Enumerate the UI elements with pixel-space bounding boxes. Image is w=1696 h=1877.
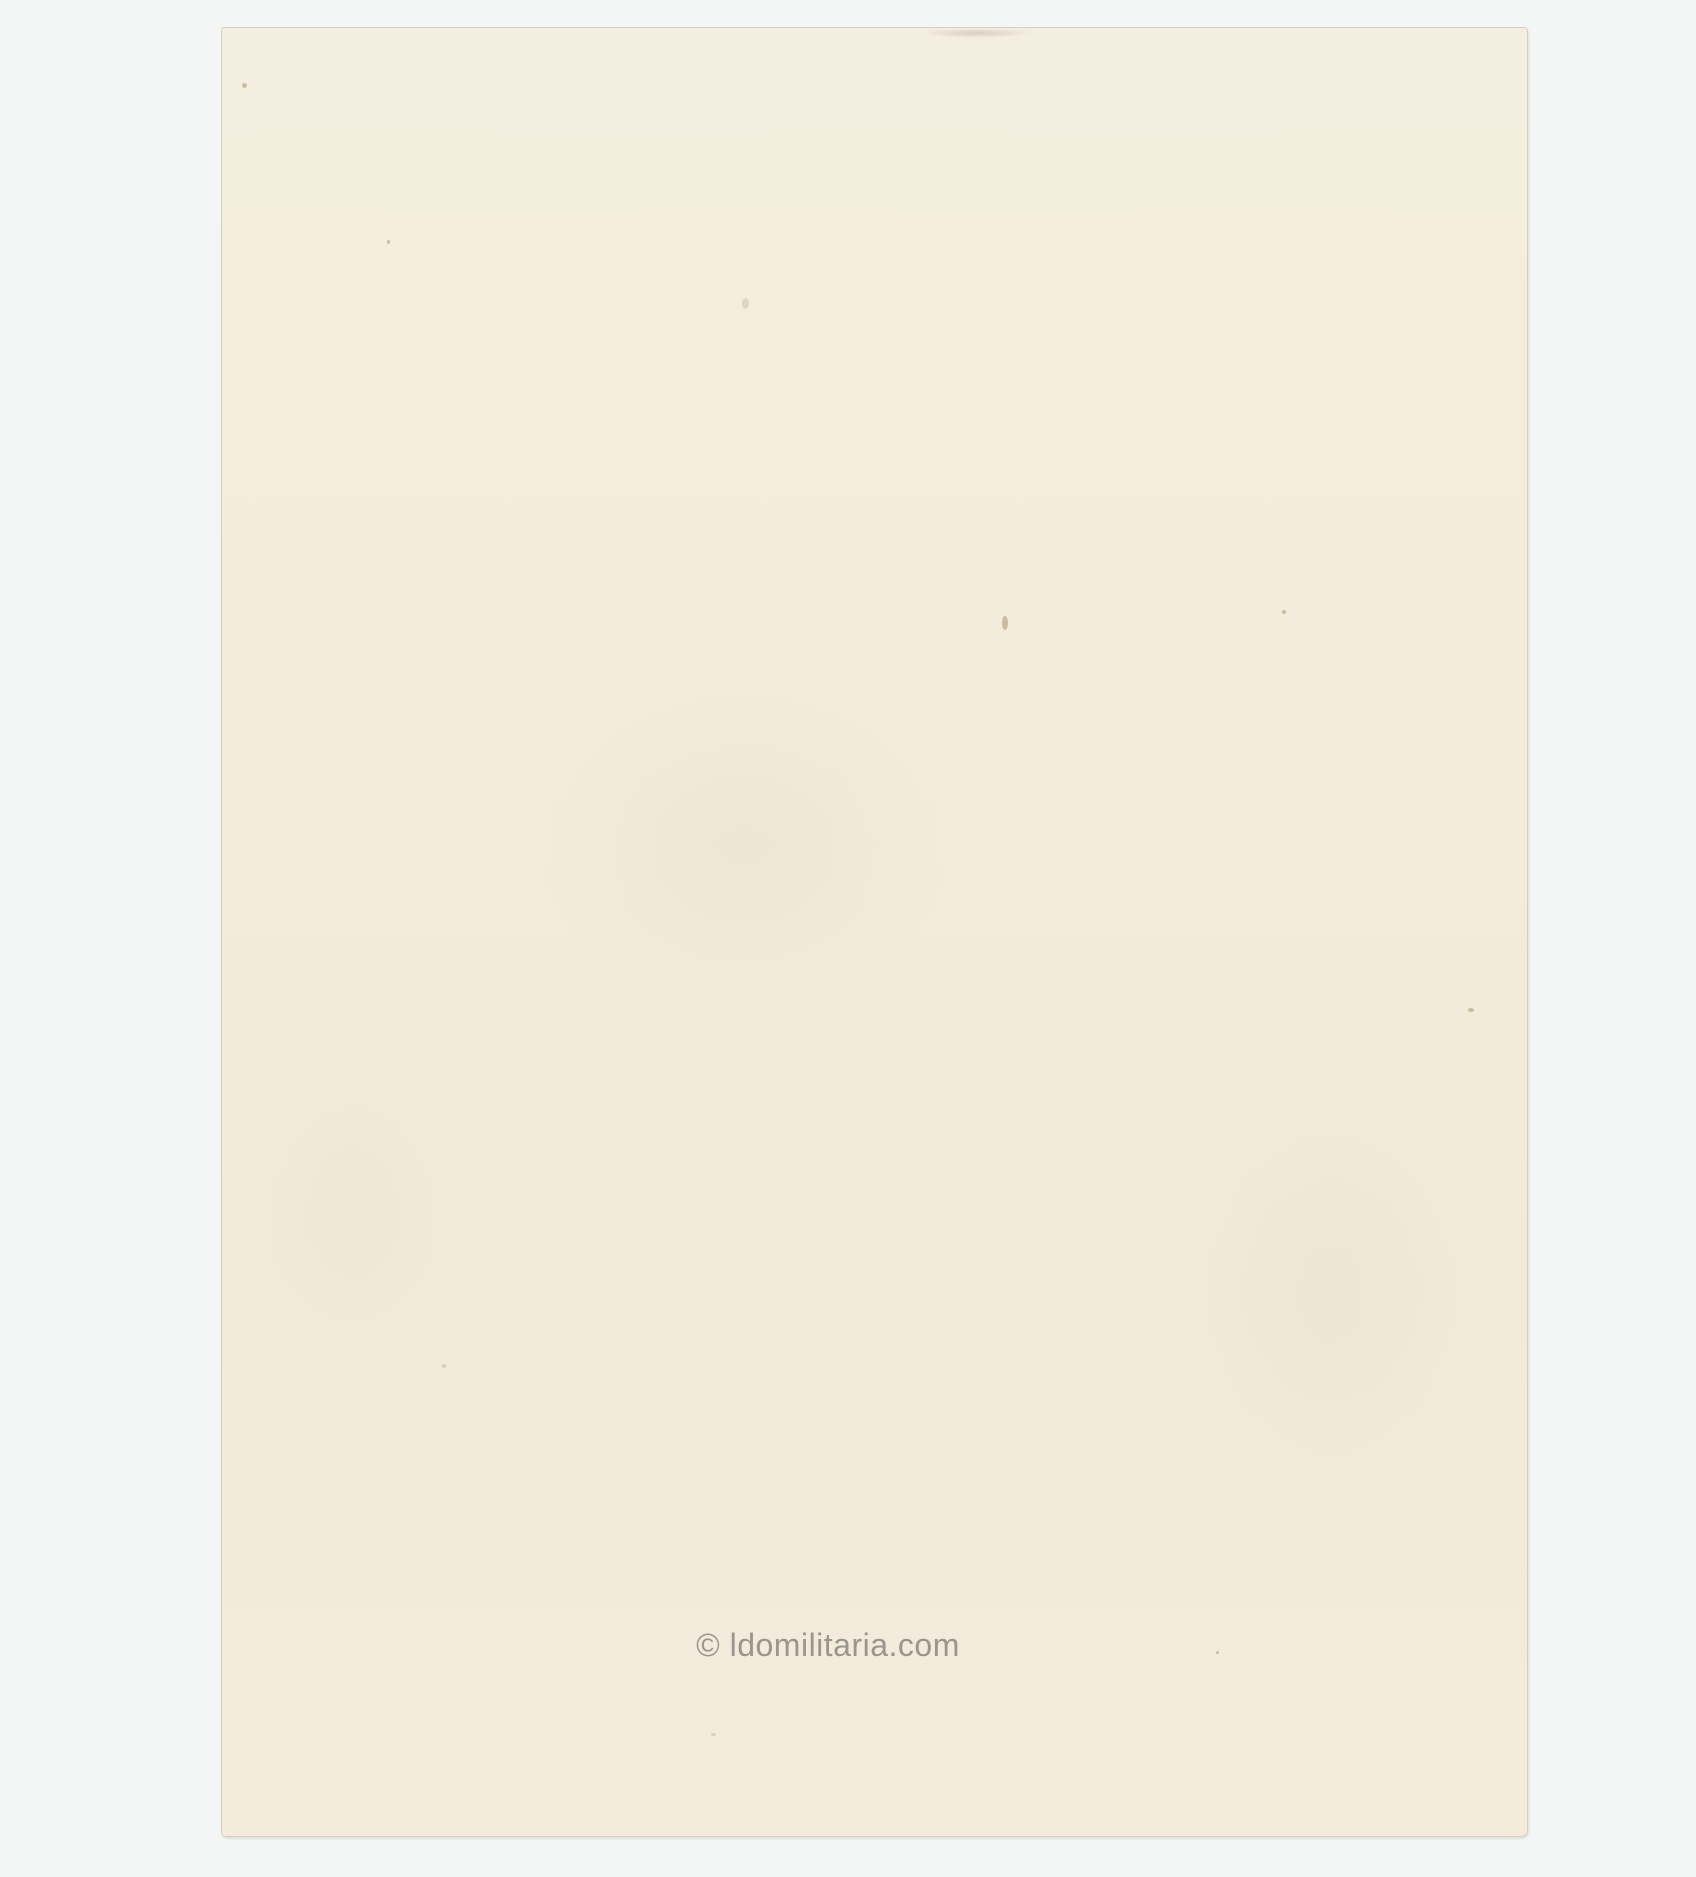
paper-speck	[1468, 1008, 1474, 1012]
paper-speck	[242, 83, 247, 88]
paper-crease	[922, 28, 1032, 38]
paper-speck	[742, 298, 749, 309]
paper-speck	[1282, 610, 1286, 614]
paper-speck	[387, 240, 390, 244]
paper-speck	[1002, 616, 1008, 630]
paper-speck	[711, 1733, 716, 1736]
watermark: © ldomilitaria.com	[0, 1627, 1696, 1664]
document-page	[222, 28, 1527, 1836]
paper-speck	[442, 1364, 446, 1368]
